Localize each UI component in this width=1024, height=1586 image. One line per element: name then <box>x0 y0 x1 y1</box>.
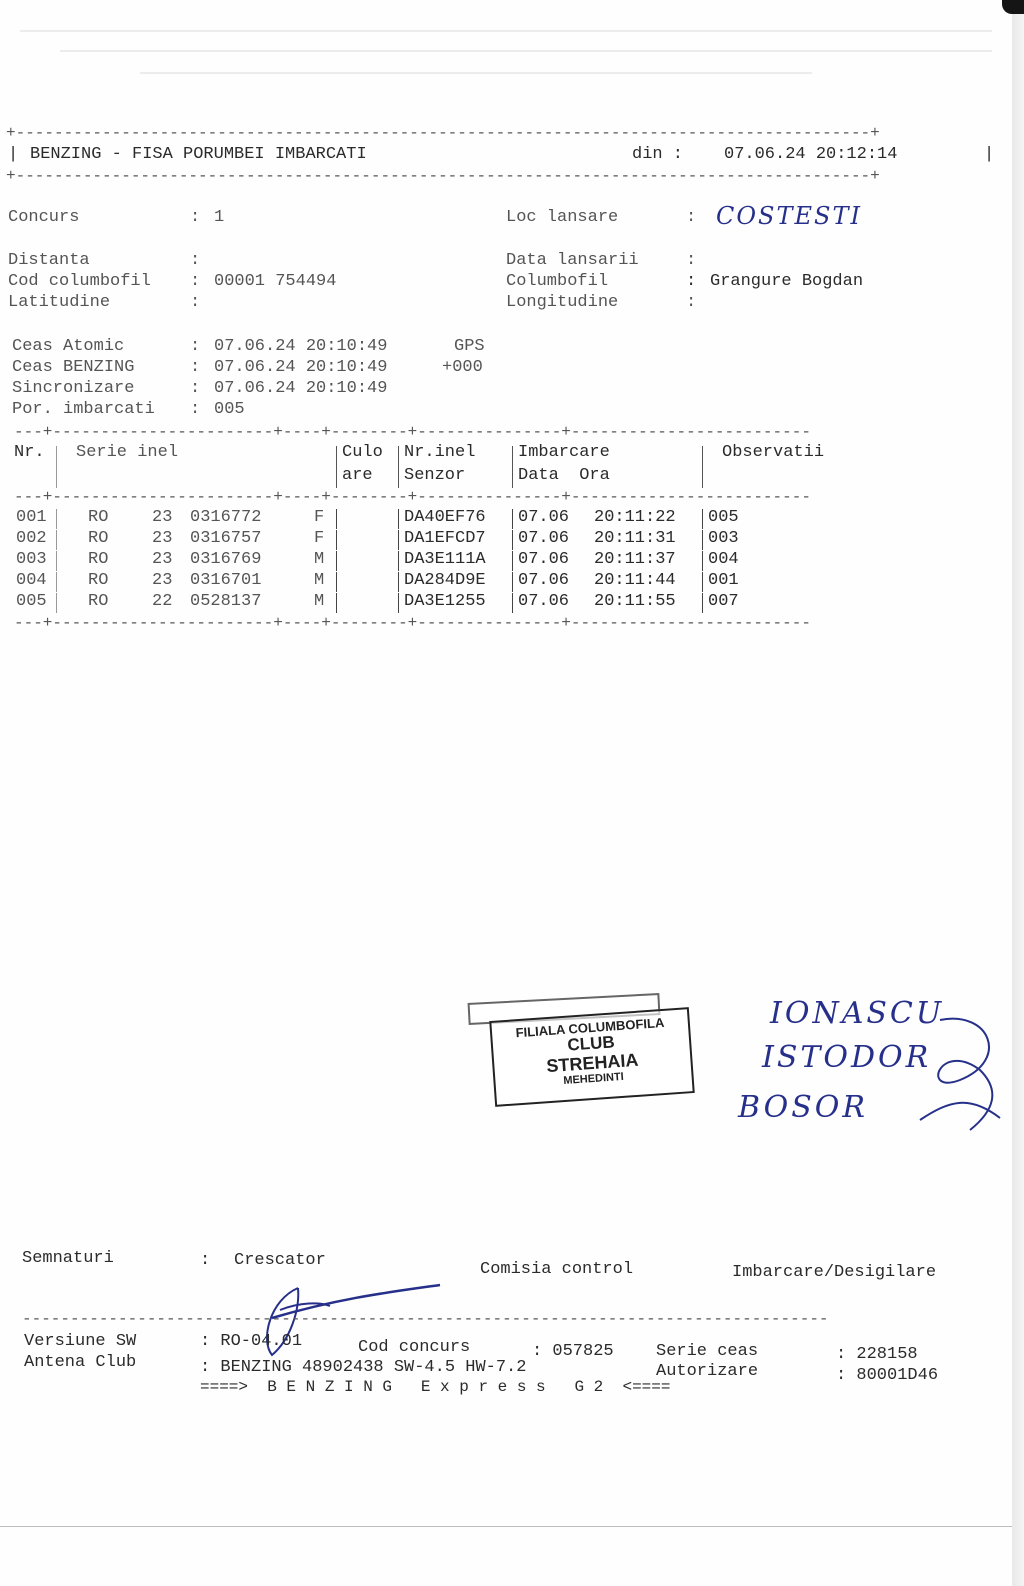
table-border-top: ---+-----------------------+----+-------… <box>14 423 811 441</box>
ceas-benzing-value: 07.06.24 20:10:49 <box>214 358 387 377</box>
col-divider <box>336 593 337 613</box>
col-divider <box>56 593 57 613</box>
bleed-through-line <box>20 30 992 32</box>
autorizare-value: : 80001D46 <box>836 1366 938 1385</box>
col-header-culoare-1: Culo <box>342 443 383 462</box>
cod-columbofil-sep: : <box>190 272 200 291</box>
imbarcare-desigilare-label: Imbarcare/Desigilare <box>732 1263 936 1282</box>
columbofil-label: Columbofil <box>506 272 608 291</box>
document-title: BENZING - FISA PORUMBEI IMBARCATI <box>30 145 367 164</box>
cell-nr: 004 <box>16 571 47 590</box>
cell-country: RO <box>88 571 108 590</box>
longitudine-sep: : <box>686 293 696 312</box>
scan-corner <box>1002 0 1024 14</box>
col-header-nrinel-1: Nr.inel <box>404 443 475 462</box>
cell-ring: 0316769 <box>190 550 261 569</box>
col-divider <box>512 446 513 488</box>
cell-nr: 005 <box>16 592 47 611</box>
cell-sex: F <box>314 508 324 527</box>
cell-obs: 001 <box>708 571 739 590</box>
loc-lansare-sep: : <box>686 208 696 227</box>
col-header-imbarcare-2: Data Ora <box>518 466 610 485</box>
col-divider <box>702 530 703 550</box>
antena-club-label: Antena Club <box>24 1353 136 1372</box>
cell-year: 23 <box>152 550 172 569</box>
cell-sex: M <box>314 550 324 569</box>
por-imbarcati-value: 005 <box>214 400 245 419</box>
cell-data: 07.06 <box>518 529 569 548</box>
serie-ceas-label: Serie ceas <box>656 1342 758 1361</box>
benzing-express-banner: ====> B E N Z I N G E x p r e s s G 2 <=… <box>200 1378 670 1396</box>
page-edge-line <box>0 1526 1012 1527</box>
col-divider <box>702 593 703 613</box>
col-divider <box>398 446 399 488</box>
loc-lansare-label: Loc lansare <box>506 208 618 227</box>
ceas-benzing-label: Ceas BENZING <box>12 358 134 377</box>
comisia-label: Comisia control <box>480 1260 633 1279</box>
cell-nr: 003 <box>16 550 47 569</box>
cell-data: 07.06 <box>518 592 569 611</box>
cell-ora: 20:11:44 <box>594 571 676 590</box>
col-divider <box>398 572 399 592</box>
club-stamp: FILIALA COLUMBOFILA CLUB STREHAIA MEHEDI… <box>489 1007 695 1107</box>
distanta-label: Distanta <box>8 251 90 270</box>
handwritten-name-3: BOSOR <box>738 1090 868 1125</box>
cell-ora: 20:11:31 <box>594 529 676 548</box>
cell-data: 07.06 <box>518 508 569 527</box>
latitudine-sep: : <box>190 293 200 312</box>
latitudine-label: Latitudine <box>8 293 110 312</box>
ceas-benzing-extra: +000 <box>442 358 483 377</box>
col-divider <box>336 446 337 488</box>
col-divider <box>336 572 337 592</box>
cell-country: RO <box>88 529 108 548</box>
footer-divider: ----------------------------------------… <box>22 1310 829 1328</box>
cell-data: 07.06 <box>518 550 569 569</box>
columbofil-value: Grangure Bogdan <box>710 272 863 291</box>
col-divider <box>512 530 513 550</box>
por-imbarcati-label: Por. imbarcati <box>12 400 155 419</box>
col-divider <box>702 551 703 571</box>
col-divider <box>702 446 703 488</box>
cell-obs: 005 <box>708 508 739 527</box>
col-divider <box>56 509 57 529</box>
col-divider <box>512 551 513 571</box>
cell-ring: 0316701 <box>190 571 261 590</box>
din-value: 07.06.24 20:12:14 <box>724 145 897 164</box>
semnaturi-label: Semnaturi <box>22 1249 114 1268</box>
cell-obs: 003 <box>708 529 739 548</box>
serie-ceas-value: : 228158 <box>836 1345 918 1364</box>
data-lansarii-sep: : <box>686 251 696 270</box>
distanta-sep: : <box>190 251 200 270</box>
concurs-label: Concurs <box>8 208 79 227</box>
cell-ring: 0528137 <box>190 592 261 611</box>
col-divider <box>336 551 337 571</box>
col-header-serie: Serie inel <box>76 443 178 462</box>
por-imbarcati-sep: : <box>190 400 200 419</box>
data-lansarii-label: Data lansarii <box>506 251 639 270</box>
cell-senzor: DA3E111A <box>404 550 486 569</box>
col-divider <box>512 593 513 613</box>
committee-signature-scribble-icon <box>900 1000 1012 1150</box>
loc-lansare-handwritten: COSTESTI <box>716 202 862 230</box>
header-border-top: +---------------------------------------… <box>6 124 880 142</box>
sincronizare-value: 07.06.24 20:10:49 <box>214 379 387 398</box>
col-divider <box>512 509 513 529</box>
cell-sex: F <box>314 529 324 548</box>
cell-nr: 001 <box>16 508 47 527</box>
crescator-label: Crescator <box>234 1251 326 1270</box>
cell-ring: 0316772 <box>190 508 261 527</box>
cell-obs: 007 <box>708 592 739 611</box>
cell-data: 07.06 <box>518 571 569 590</box>
cell-ring: 0316757 <box>190 529 261 548</box>
ceas-atomic-label: Ceas Atomic <box>12 337 124 356</box>
cell-senzor: DA3E1255 <box>404 592 486 611</box>
cell-senzor: DA284D9E <box>404 571 486 590</box>
col-divider <box>336 509 337 529</box>
cell-year: 23 <box>152 508 172 527</box>
header-right-bar: | <box>984 145 994 164</box>
col-divider <box>512 572 513 592</box>
bleed-through-line <box>140 72 812 74</box>
ceas-benzing-sep: : <box>190 358 200 377</box>
cod-columbofil-value: 00001 754494 <box>214 272 336 291</box>
col-divider <box>336 530 337 550</box>
col-header-culoare-2: are <box>342 466 373 485</box>
versiune-sw-value: : RO-04.01 <box>200 1332 302 1351</box>
col-divider <box>56 572 57 592</box>
cell-sex: M <box>314 592 324 611</box>
cod-columbofil-label: Cod columbofil <box>8 272 151 291</box>
bleed-through-line <box>60 50 992 52</box>
table-border-mid: ---+-----------------------+----+-------… <box>14 488 811 506</box>
ceas-atomic-value: 07.06.24 20:10:49 <box>214 337 387 356</box>
cell-ora: 20:11:37 <box>594 550 676 569</box>
cod-concurs-label: Cod concurs <box>358 1338 470 1357</box>
ceas-atomic-extra: GPS <box>454 337 485 356</box>
col-divider <box>398 593 399 613</box>
cell-senzor: DA40EF76 <box>404 508 486 527</box>
col-header-nr: Nr. <box>14 443 45 462</box>
cell-year: 22 <box>152 592 172 611</box>
cell-country: RO <box>88 508 108 527</box>
semnaturi-sep: : <box>200 1251 210 1270</box>
longitudine-label: Longitudine <box>506 293 618 312</box>
cell-sex: M <box>314 571 324 590</box>
col-header-observatii: Observatii <box>722 443 824 462</box>
columbofil-sep: : <box>686 272 696 291</box>
document-page: +---------------------------------------… <box>0 0 1012 1586</box>
scan-edge <box>1012 0 1024 1586</box>
cod-concurs-value: : 057825 <box>532 1342 614 1361</box>
cell-country: RO <box>88 550 108 569</box>
col-header-nrinel-2: Senzor <box>404 466 465 485</box>
col-divider <box>398 530 399 550</box>
header-border-bottom: +---------------------------------------… <box>6 167 880 185</box>
concurs-value: 1 <box>214 208 224 227</box>
cell-year: 23 <box>152 529 172 548</box>
din-label: din : <box>632 145 683 164</box>
table-border-bottom: ---+-----------------------+----+-------… <box>14 614 811 632</box>
cell-senzor: DA1EFCD7 <box>404 529 486 548</box>
cell-country: RO <box>88 592 108 611</box>
ceas-atomic-sep: : <box>190 337 200 356</box>
cell-ora: 20:11:55 <box>594 592 676 611</box>
col-divider <box>56 446 57 488</box>
versiune-sw-label: Versiune SW <box>24 1332 136 1351</box>
autorizare-label: Autorizare <box>656 1362 758 1381</box>
col-divider <box>56 530 57 550</box>
sincronizare-sep: : <box>190 379 200 398</box>
col-divider <box>56 551 57 571</box>
cell-year: 23 <box>152 571 172 590</box>
col-divider <box>398 509 399 529</box>
cell-nr: 002 <box>16 529 47 548</box>
col-divider <box>702 509 703 529</box>
header-left-bar: | <box>8 145 18 164</box>
col-divider <box>702 572 703 592</box>
concurs-sep: : <box>190 208 200 227</box>
sincronizare-label: Sincronizare <box>12 379 134 398</box>
antena-club-value: : BENZING 48902438 SW-4.5 HW-7.2 <box>200 1358 526 1377</box>
col-header-imbarcare-1: Imbarcare <box>518 443 610 462</box>
cell-obs: 004 <box>708 550 739 569</box>
cell-ora: 20:11:22 <box>594 508 676 527</box>
col-divider <box>398 551 399 571</box>
